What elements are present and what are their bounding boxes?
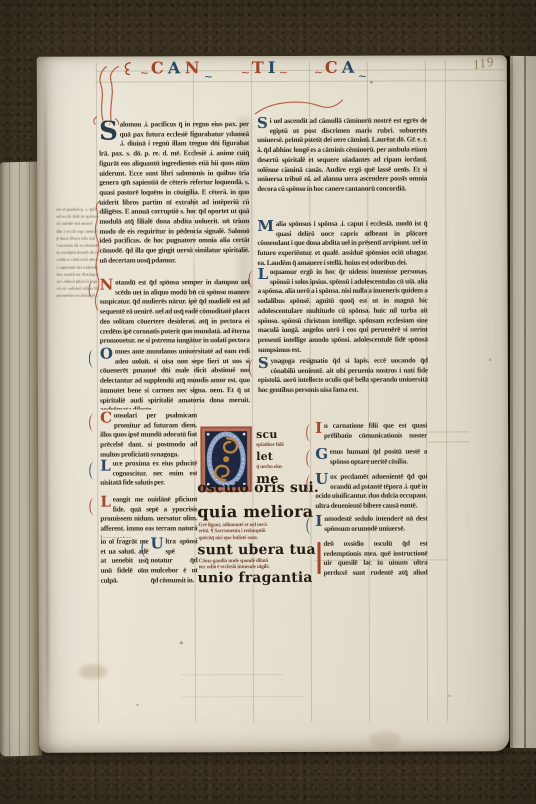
title-letter: C [325, 58, 338, 78]
verse-syllable: scu [256, 428, 278, 441]
gloss-paragraph: Inmodestē sedulo intenderē nā dest spōns… [315, 514, 427, 534]
initial-flourish [87, 65, 125, 125]
initial-flourish [89, 498, 97, 516]
verse-line: sunt ubera tua [197, 542, 315, 558]
initial-flourish [89, 414, 97, 432]
initial-flourish [249, 359, 257, 377]
gloss-paragraph: Genus humani q̄d positū uestē a spōnso o… [315, 447, 427, 467]
initial-L: L [258, 268, 268, 281]
verse-line: osculo oris sui. [197, 480, 319, 496]
gloss-paragraph: Notandū est q̄d spōnsa semper in dampno … [100, 278, 250, 347]
initial-flourish [141, 539, 149, 557]
paraph-mark [317, 542, 320, 574]
initial-flourish [253, 98, 345, 116]
gloss-paragraph: Uox pecdamēt aduenientē q̄d qui orandū a… [315, 472, 427, 514]
title-letter: N [185, 58, 200, 78]
gloss-paragraph: Ultra spōnsi spē notatur q̄d mulcebor ē … [150, 537, 197, 585]
left-page-edges [0, 162, 42, 757]
initial-M: M [257, 220, 273, 233]
parchment-stain [369, 732, 401, 748]
title-letter: I [268, 58, 276, 78]
initial-I: I [315, 422, 322, 435]
verse-syllable: let [256, 450, 273, 463]
initial-N: N [100, 279, 114, 292]
parchment-stain [79, 665, 107, 679]
interlinear-gloss: q̄ uerbo eius [256, 464, 282, 470]
gloss-paragraph: deō oxsidio osculū q̄d est redemptionis … [323, 539, 427, 577]
initial-C: C [100, 412, 112, 425]
initial-S: S [99, 121, 118, 143]
gloss-paragraph: Omnes ante mundanos uniuersitatē ad eam … [100, 347, 250, 410]
interlinear-gloss: Grē ligant, adiuuantē et uel uerāeritā. … [198, 522, 266, 541]
title-letter: A [168, 58, 180, 78]
initial-I: I [315, 515, 322, 528]
gloss-paragraph: Malia spōnsus i spōnsa .i. caput i eccle… [257, 219, 427, 268]
parchment-specks [37, 57, 38, 58]
title-mark: ~ [140, 63, 149, 83]
initial-flourish [89, 281, 97, 299]
gloss-paragraph: Salomon .i. pacificus q̄ in regno eius p… [99, 120, 250, 279]
verse-line: quia meliora [197, 502, 313, 521]
initial-L: L [100, 496, 110, 509]
title-letter: A [342, 58, 354, 78]
initial-flourish [306, 424, 314, 442]
initial-S: S [257, 117, 268, 130]
gloss-paragraph: Synagoga resignatio q̄d si lapis. eccē u… [258, 356, 428, 400]
initial-O: O [100, 348, 113, 361]
initial-L: L [100, 460, 110, 473]
gloss-paragraph: Leangit me ouidānē pficiunt fide. quā se… [100, 495, 197, 537]
initial-S: S [258, 357, 269, 370]
manuscript-page: ~ C A N ~ ~ T I ~ ~ C A ~ 119 nō el psal… [37, 55, 509, 753]
verse-line: unio fragantia [198, 570, 313, 586]
interlinear-gloss: spūaliter fidē [256, 442, 284, 449]
initial-flourish [89, 462, 97, 480]
gloss-paragraph: In carnatione filii que est quasi prēlib… [315, 421, 427, 441]
gloss-paragraph: Loquamur ergō in hoc q̄r uidens inueniss… [258, 267, 428, 356]
title-mark: ~ [314, 63, 323, 83]
gloss-paragraph: Consolari per psalmicam promitur ad futu… [100, 411, 197, 457]
title-letter: T [252, 58, 264, 78]
initial-U: U [150, 537, 163, 550]
gloss-paragraph: Luce proxima ex eius pducitē cognoscitur… [100, 459, 197, 493]
manuscript-photo: ~ C A N ~ ~ T I ~ ~ C A ~ 119 nō el psal… [0, 0, 536, 804]
title-mark: ~ [241, 63, 250, 83]
title-letter: C [151, 58, 164, 78]
initial-G: G [315, 448, 328, 461]
title-mark: ~ [279, 63, 288, 83]
initial-flourish [249, 270, 257, 288]
gutter-crease [44, 63, 49, 751]
initial-flourish [89, 350, 97, 368]
initial-flourish [306, 450, 314, 468]
gloss-paragraph: Si uel ascendit ad cāmullā cāminorū nost… [257, 116, 427, 217]
title-mark: ~ [204, 67, 213, 87]
title-mark: ~ [358, 67, 367, 87]
